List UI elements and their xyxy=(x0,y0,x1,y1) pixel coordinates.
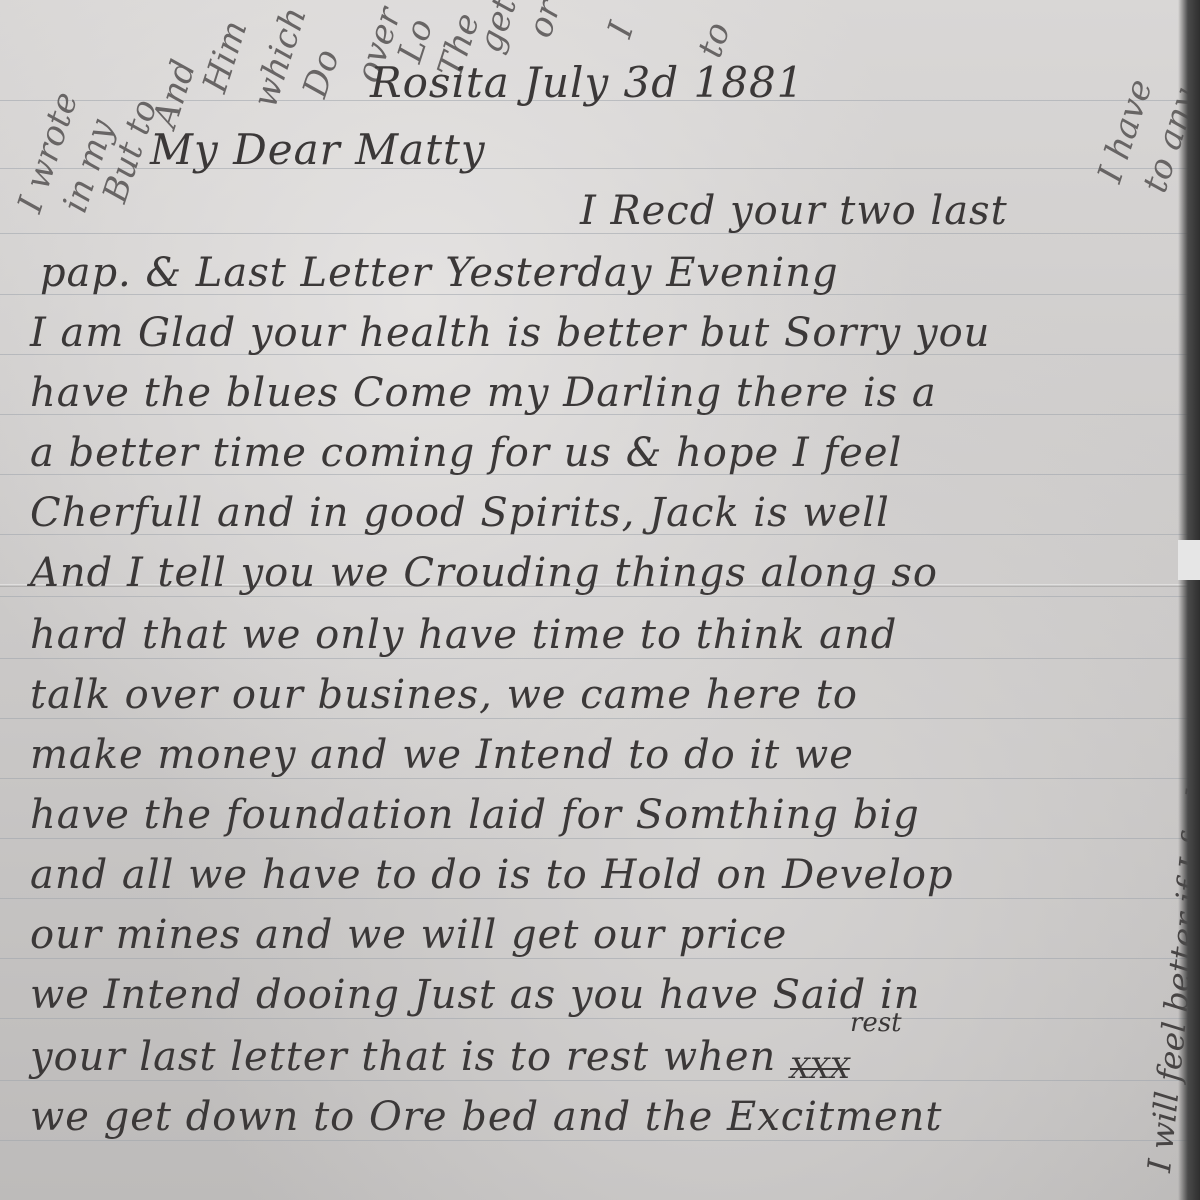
letter-line: a better time coming for us & hope I fee… xyxy=(30,430,902,476)
ruled-line xyxy=(0,898,1190,899)
ruled-line xyxy=(0,718,1190,719)
letter-line: And I tell you we Crouding things along … xyxy=(30,550,938,596)
ruled-line xyxy=(0,778,1190,779)
cross-word: I xyxy=(600,17,642,42)
letter-line: I Recd your two last xyxy=(580,188,1008,234)
letter-line: Cherfull and in good Spirits, Jack is we… xyxy=(30,490,890,536)
ruled-line xyxy=(0,958,1190,959)
cross-writing-top-left: Him xyxy=(195,16,256,98)
cross-writing-top-left: I xyxy=(600,17,642,42)
cross-word: And xyxy=(145,55,204,132)
struck-text: XXX xyxy=(790,1052,850,1085)
letter-line: pap. & Last Letter Yesterday Evening xyxy=(40,250,839,296)
cross-word: to xyxy=(690,18,739,63)
place-date: Rosita July 3d 1881 xyxy=(370,58,804,107)
ruled-line xyxy=(0,1080,1190,1081)
letter-line: hard that we only have time to think and xyxy=(30,612,897,658)
letter-line: talk over our busines, we came here to xyxy=(30,672,858,718)
inserted-text: rest xyxy=(850,1008,902,1038)
letter-line: our mines and we will get our price xyxy=(30,912,787,958)
cross-writing-top-left: Do xyxy=(295,45,348,103)
ruled-line xyxy=(0,1018,1190,1019)
letter-page: I wrote in my But to And Him which Do ov… xyxy=(0,0,1200,1200)
page-edge xyxy=(1178,0,1200,1200)
letter-line: and all we have to do is to Hold on Deve… xyxy=(30,852,954,898)
cross-writing-top-left: And xyxy=(145,55,204,132)
ruled-line xyxy=(0,596,1190,597)
letter-line: have the blues Come my Darling there is … xyxy=(30,370,937,416)
cross-word: Do xyxy=(295,45,348,103)
ruled-line xyxy=(0,658,1190,659)
ruled-line xyxy=(0,838,1190,839)
letter-line: we get down to Ore bed and the Excitment xyxy=(30,1094,942,1140)
cross-word: Him xyxy=(195,16,256,98)
letter-line: make money and we Intend to do it we xyxy=(30,732,854,778)
cross-writing-top-left: or xyxy=(520,0,569,42)
ruled-line xyxy=(0,1140,1190,1141)
letter-line: your last letter that is to rest when xyxy=(30,1034,776,1080)
letter-line: I am Glad your health is better but Sorr… xyxy=(30,310,990,356)
letter-line: have the foundation laid for Somthing bi… xyxy=(30,792,920,838)
salutation: My Dear Matty xyxy=(150,125,486,174)
cross-word: or xyxy=(520,0,569,42)
cross-writing-top-right: to xyxy=(690,18,739,63)
letter-line: we Intend dooing Just as you have Said i… xyxy=(30,972,921,1018)
